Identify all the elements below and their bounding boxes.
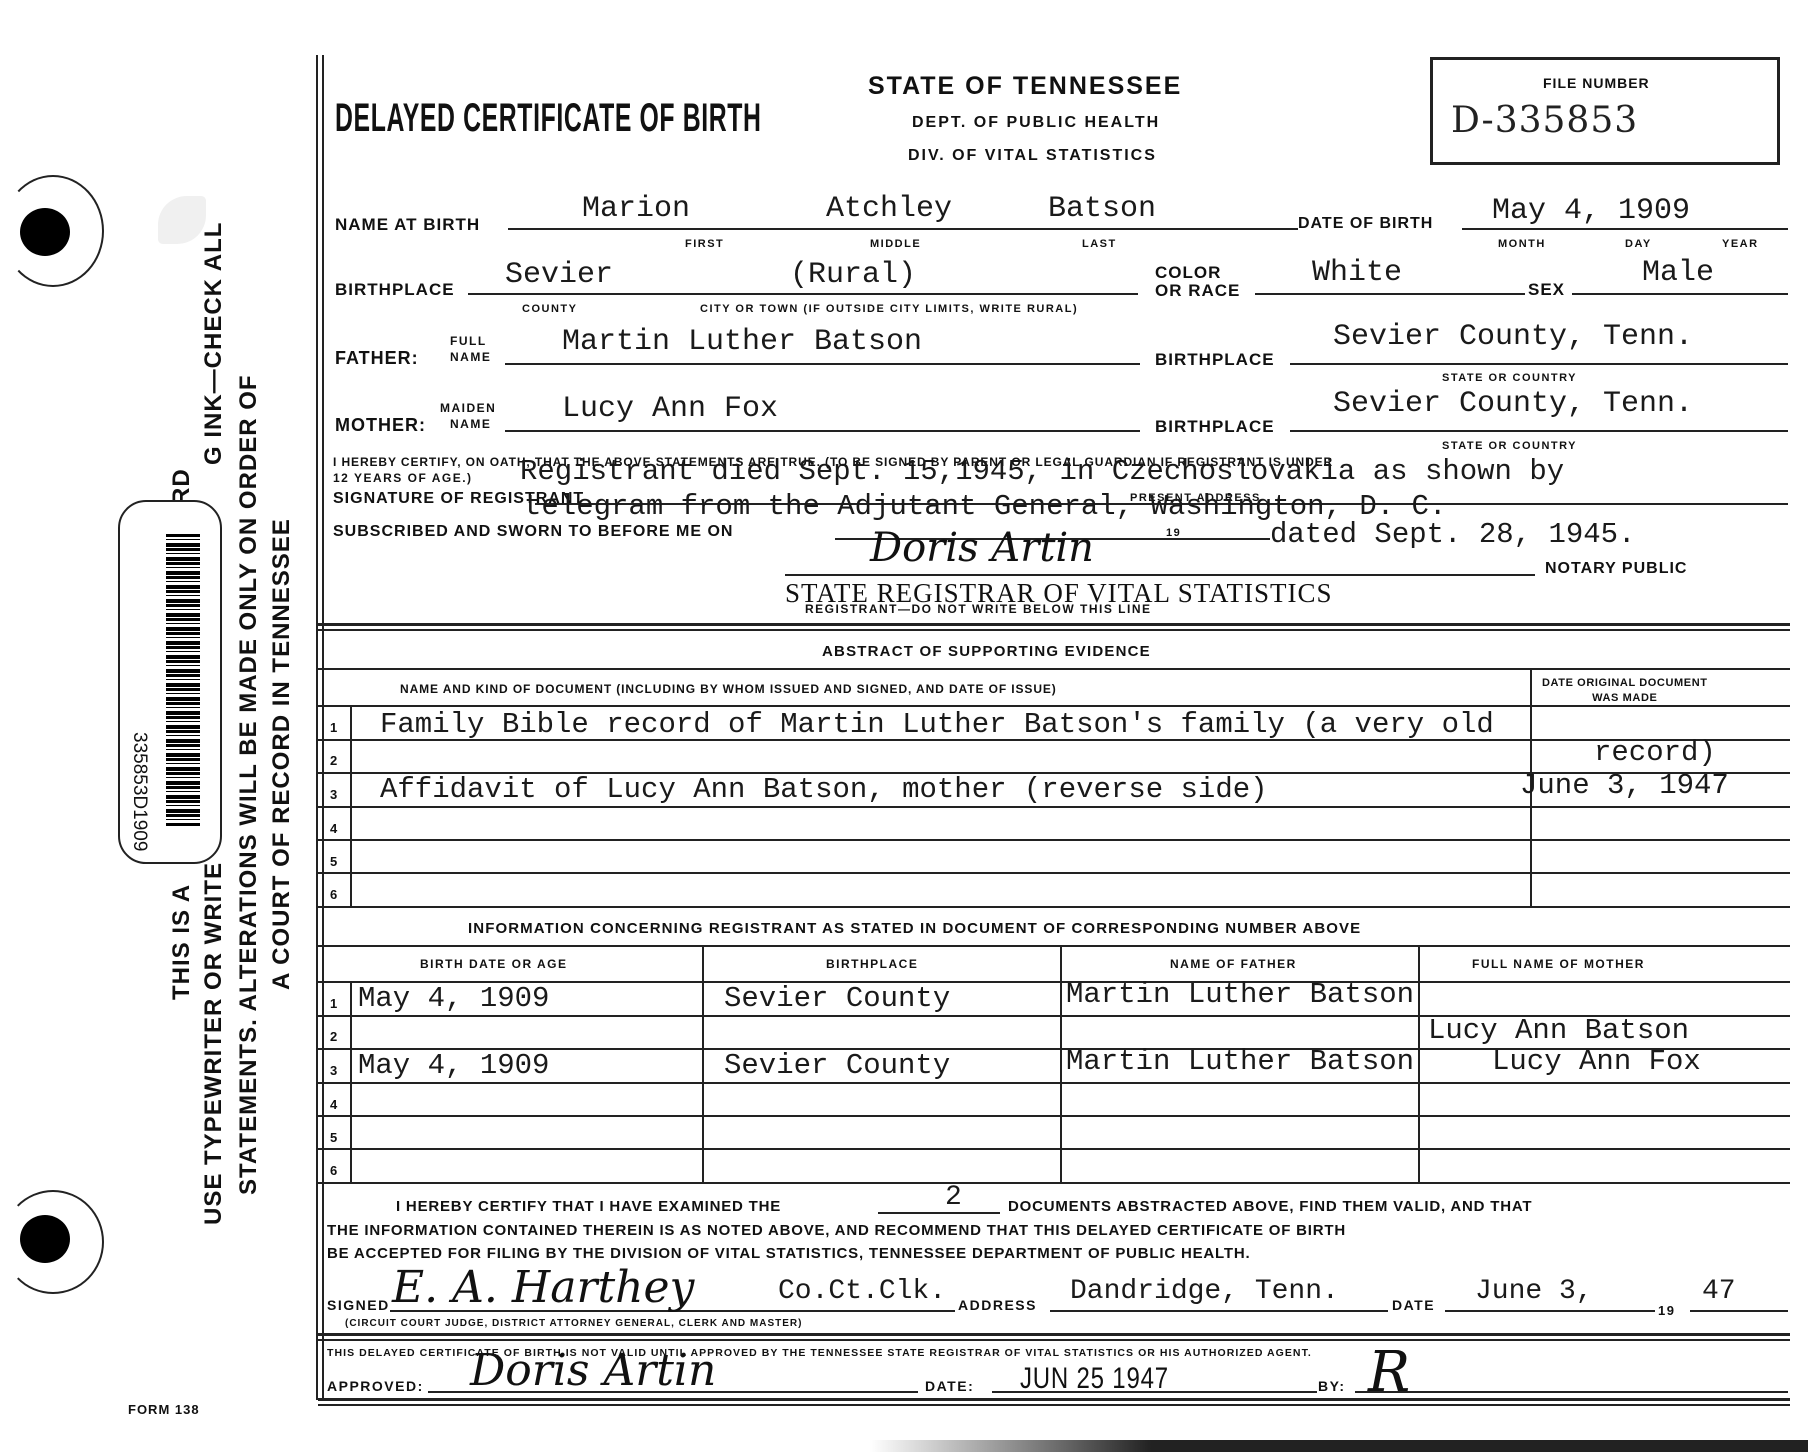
state-heading: STATE OF TENNESSEE: [868, 72, 1182, 101]
approval-top-border: [318, 1333, 1790, 1336]
county-label: COUNTY: [522, 303, 577, 315]
last-name-value: Batson: [1048, 192, 1156, 226]
approval-date-stamp: JUN 25 1947: [1020, 1362, 1169, 1396]
table-row: 6: [318, 873, 1790, 908]
father-name-line: [505, 363, 1140, 365]
middle-label: MIDDLE: [870, 238, 921, 250]
row-number: 5: [330, 854, 337, 869]
dob-line: [1462, 228, 1788, 230]
mother-sublabel-1: MAIDEN: [440, 400, 496, 416]
approval-bottom-border: [318, 1398, 1790, 1401]
by-initials: R: [1368, 1340, 1410, 1405]
approval-top-border-2: [318, 1339, 1790, 1341]
date-label: DATE: [1392, 1297, 1435, 1313]
evidence-top-border: [318, 623, 1790, 626]
date-of-birth-value: May 4, 1909: [1492, 194, 1690, 228]
file-number-value: D-335853: [1451, 100, 1638, 141]
row-number: 4: [330, 1097, 337, 1112]
date-of-birth-label: DATE OF BIRTH: [1298, 215, 1433, 233]
year-line: [1690, 1310, 1788, 1312]
address-label: ADDRESS: [958, 1297, 1037, 1313]
date-line: [1445, 1310, 1655, 1312]
table-row: 3 May 4, 1909 Sevier County Martin Luthe…: [318, 1049, 1790, 1084]
evidence-col-date: DATE ORIGINAL DOCUMENT WAS MADE: [1542, 676, 1708, 706]
middle-name-value: Atchley: [826, 192, 952, 226]
certify-line-3: BE ACCEPTED FOR FILING BY THE DIVISION O…: [327, 1245, 1250, 1262]
table-row: 5: [318, 1116, 1790, 1150]
row-number: 1: [330, 720, 337, 735]
approval-date-label: DATE:: [925, 1378, 974, 1394]
evidence-top-border-2: [318, 629, 1790, 631]
name-at-birth-label: NAME AT BIRTH: [335, 215, 480, 235]
approved-signature: Doris Artin: [470, 1345, 716, 1396]
birthplace-line: [468, 293, 1138, 295]
info-place-value: Sevier County: [724, 1049, 950, 1082]
color-label-line-2: OR RACE: [1155, 282, 1240, 300]
clerk-signature: E. A. Harthey: [392, 1262, 694, 1313]
margin-notice-line-1: THIS IS A: [168, 884, 196, 1000]
barcode-icon: [166, 534, 200, 826]
row-number: 6: [330, 1163, 337, 1178]
address-value: Dandridge, Tenn.: [1070, 1276, 1339, 1307]
date-value: June 3,: [1475, 1276, 1593, 1307]
sex-value: Male: [1642, 256, 1714, 290]
notary-line: [785, 574, 1535, 576]
row-number: 1: [330, 996, 337, 1011]
by-label: BY:: [1318, 1378, 1346, 1394]
mother-label: MOTHER:: [335, 415, 426, 436]
punch-hole-bottom: [20, 1215, 70, 1263]
first-label: FIRST: [685, 238, 724, 250]
row-number: 3: [330, 1063, 337, 1078]
mother-name-line: [505, 430, 1140, 432]
father-birthplace-label: BIRTHPLACE: [1155, 350, 1275, 370]
evidence-document: Affidavit of Lucy Ann Batson, mother (re…: [380, 773, 1268, 806]
info-father-value: Martin Luther Batson: [1066, 978, 1414, 1011]
last-label: LAST: [1082, 238, 1117, 250]
oath-certify-line-2: 12 YEARS OF AGE.): [333, 471, 473, 485]
margin-notice-line-2: USE TYPEWRITER OR WRITE: [200, 862, 228, 1225]
row-number: 3: [330, 787, 337, 802]
approved-label: APPROVED:: [327, 1378, 424, 1394]
info-col-birth: BIRTH DATE OR AGE: [420, 957, 568, 971]
table-row: 6: [318, 1149, 1790, 1184]
color-value: White: [1312, 256, 1402, 290]
barcode-sticker: 335853D1909: [118, 500, 222, 864]
scan-edge-bottom: [870, 1440, 1808, 1452]
division-heading: DIV. OF VITAL STATISTICS: [908, 147, 1157, 165]
mother-birthplace-label: BIRTHPLACE: [1155, 417, 1275, 437]
name-line: [508, 228, 1298, 230]
evidence-col-document: NAME AND KIND OF DOCUMENT (INCLUDING BY …: [400, 682, 1057, 696]
page-title: DELAYED CERTIFICATE OF BIRTH: [335, 96, 762, 141]
sworn-label: SUBSCRIBED AND SWORN TO BEFORE ME ON: [333, 523, 733, 541]
father-birthplace-value: Sevier County, Tenn.: [1333, 320, 1693, 354]
info-place-value: Sevier County: [724, 982, 950, 1015]
signed-label: SIGNED: [327, 1297, 390, 1313]
info-title-bottom: [318, 945, 1790, 947]
info-title: INFORMATION CONCERNING REGISTRANT AS STA…: [468, 920, 1361, 937]
table-row: 5: [318, 840, 1790, 874]
punch-hole-top: [20, 208, 70, 256]
father-full-label: FULL NAME: [450, 333, 491, 365]
father-label: FATHER:: [335, 348, 419, 369]
sex-line: [1572, 293, 1788, 295]
table-row: 3 Affidavit of Lucy Ann Batson, mother (…: [318, 773, 1790, 808]
color-line: [1255, 293, 1525, 295]
info-col-father: NAME OF FATHER: [1170, 957, 1297, 971]
father-name-value: Martin Luther Batson: [562, 325, 922, 359]
margin-notice-line-2-end: G INK—CHECK ALL: [200, 222, 228, 465]
oath-typed-note-3: dated Sept. 28, 1945.: [1270, 518, 1635, 551]
info-birth-value: May 4, 1909: [358, 1049, 549, 1082]
row-number: 5: [330, 1130, 337, 1145]
birthplace-label: BIRTHPLACE: [335, 280, 455, 300]
color-label: COLOR OR RACE: [1155, 264, 1240, 300]
notary-public-label: NOTARY PUBLIC: [1545, 560, 1687, 578]
day-label: DAY: [1625, 238, 1652, 250]
sworn-year-prefix: 19: [1166, 527, 1181, 539]
row-number: 2: [330, 753, 337, 768]
table-row: 4: [318, 807, 1790, 841]
year-prefix: 19: [1658, 1303, 1675, 1318]
info-col-birthplace: BIRTHPLACE: [826, 957, 918, 971]
father-birthplace-line: [1290, 363, 1788, 365]
table-row: 1 May 4, 1909 Sevier County Martin Luthe…: [318, 982, 1790, 1017]
table-row: 4: [318, 1083, 1790, 1117]
info-father-value: Martin Luther Batson: [1066, 1045, 1414, 1078]
evidence-document: Family Bible record of Martin Luther Bat…: [380, 708, 1494, 741]
by-line: [1355, 1391, 1788, 1393]
doc-count-value: 2: [945, 1182, 962, 1213]
certify-line-2: THE INFORMATION CONTAINED THEREIN IS AS …: [327, 1222, 1346, 1239]
mother-birthplace-value: Sevier County, Tenn.: [1333, 387, 1693, 421]
clerk-title: Co.Ct.Clk.: [778, 1276, 946, 1307]
city-value: (Rural): [790, 258, 916, 292]
mother-sublabel-2: NAME: [440, 416, 496, 432]
margin-notice-line-3: STATEMENTS. ALTERATIONS WILL BE MADE ONL…: [235, 374, 263, 1195]
leaf-watermark-icon: [158, 196, 206, 244]
row-number: 6: [330, 887, 337, 902]
certify-line-1a: I HEREBY CERTIFY THAT I HAVE EXAMINED TH…: [396, 1198, 781, 1215]
row-number: 2: [330, 1029, 337, 1044]
county-value: Sevier: [505, 258, 613, 292]
evidence-title-bottom: [318, 668, 1790, 670]
info-col-mother: FULL NAME OF MOTHER: [1472, 957, 1645, 971]
notary-signature: Doris Artin: [870, 525, 1094, 571]
month-label: MONTH: [1498, 238, 1546, 250]
evidence-col-date-line-2: WAS MADE: [1542, 691, 1708, 706]
info-mother-value: Lucy Ann Fox: [1492, 1045, 1701, 1078]
year-label: YEAR: [1722, 238, 1759, 250]
address-line: [1050, 1310, 1388, 1312]
signer-roles: (CIRCUIT COURT JUDGE, DISTRICT ATTORNEY …: [345, 1318, 802, 1329]
sex-label: SEX: [1528, 280, 1565, 300]
first-name-value: Marion: [582, 192, 690, 226]
info-mother-value: Lucy Ann Batson: [1428, 1014, 1689, 1047]
mother-name-value: Lucy Ann Fox: [562, 392, 778, 426]
city-label: CITY OR TOWN (IF OUTSIDE CITY LIMITS, WR…: [700, 303, 1078, 315]
dept-heading: DEPT. OF PUBLIC HEALTH: [912, 114, 1160, 132]
file-number-label: FILE NUMBER: [1543, 75, 1650, 91]
approval-bottom-border-2: [318, 1404, 1790, 1406]
mother-state-label: STATE OR COUNTRY: [1442, 440, 1577, 452]
barcode-label: 335853D1909: [128, 732, 150, 851]
evidence-title: ABSTRACT OF SUPPORTING EVIDENCE: [822, 643, 1151, 660]
father-sublabel-2: NAME: [450, 349, 491, 365]
file-number-box: FILE NUMBER D-335853: [1430, 57, 1780, 165]
margin-notice-line-4: A COURT OF RECORD IN TENNESSEE: [268, 518, 296, 990]
evidence-date: June 3, 1947: [1520, 769, 1729, 802]
evidence-col-date-line-1: DATE ORIGINAL DOCUMENT: [1542, 676, 1708, 691]
mother-maiden-label: MAIDEN NAME: [440, 400, 496, 432]
father-sublabel-1: FULL: [450, 333, 491, 349]
table-row: 1 Family Bible record of Martin Luther B…: [318, 706, 1790, 741]
year-value: 47: [1702, 1276, 1736, 1307]
oath-typed-note-1: Registrant died Sept. 15,1945, in Czecho…: [520, 455, 1564, 488]
certify-line-1b: DOCUMENTS ABSTRACTED ABOVE, FIND THEM VA…: [1008, 1198, 1532, 1215]
doc-count-line: [878, 1212, 1000, 1214]
do-not-write-label: REGISTRANT—DO NOT WRITE BELOW THIS LINE: [805, 602, 1152, 616]
row-number: 4: [330, 821, 337, 836]
father-state-label: STATE OR COUNTRY: [1442, 372, 1577, 384]
color-label-line-1: COLOR: [1155, 264, 1240, 282]
mother-birthplace-line: [1290, 430, 1788, 432]
info-birth-value: May 4, 1909: [358, 982, 549, 1015]
form-number: FORM 138: [128, 1402, 200, 1417]
evidence-date: record): [1594, 736, 1716, 769]
